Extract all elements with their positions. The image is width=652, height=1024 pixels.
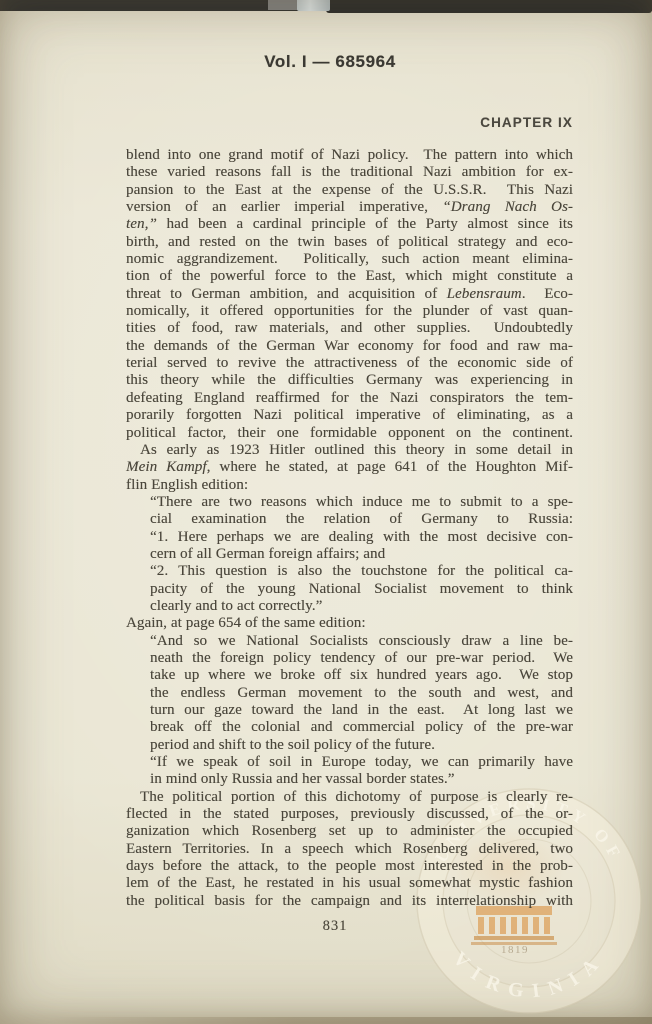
rotunda-icon [471,906,557,945]
text-line: the political basis for the campaign and… [126,893,573,910]
text-line: cern of all German foreign affairs; and [150,546,573,563]
scan-top-edge [0,0,652,11]
text-line: threat to German ambition, and acquisiti… [126,286,573,303]
text-line: blend into one grand motif of Nazi polic… [126,147,573,164]
text-line: this theory while the difficulties Germa… [126,372,573,389]
text-line: political factor, their one formidable o… [126,425,573,442]
text-line: nomic aggrandizement. Politically, such … [126,251,573,268]
volume-header: Vol. I — 685964 [160,52,500,72]
scanned-book-page: Vol. I — 685964 CHAPTER IX UNIVERSITY OF… [0,0,652,1024]
text-line: neath the foreign policy tendency of our… [150,650,573,667]
text-line: pansion to the East at the expense of th… [126,182,573,199]
text-line: the demands of the German War economy fo… [126,338,573,355]
text-line: pacity of the young National Socialist m… [150,581,573,598]
text-line: cial examination the relation of Germany… [150,511,573,528]
body-text: blend into one grand motif of Nazi polic… [126,147,573,910]
text-line: porarily forgotten Nazi political impera… [126,407,573,424]
text-line: lem of the East, he restated in his usua… [126,875,573,892]
scan-bottom-edge [0,1017,652,1024]
text-line: turn our gaze toward the land in the eas… [150,702,573,719]
text-line: “If we speak of soil in Europe today, we… [150,754,573,771]
text-line: flin English edition: [126,477,573,494]
text-line: break off the colonial and commercial po… [150,719,573,736]
text-line: period and shift to the soil policy of t… [150,737,573,754]
text-line: birth, and rested on the twin bases of p… [126,234,573,251]
binding-mark [268,0,298,10]
text-line: in mind only Russia and her vassal borde… [150,771,573,788]
text-line: Again, at page 654 of the same edition: [126,615,573,632]
seal-year: 1819 [501,944,529,956]
book-tab [297,0,330,11]
text-line: “2. This question is also the touchstone… [150,563,573,580]
text-line: Mein Kampf, where he stated, at page 641… [126,459,573,476]
text-line: days before the attack, to the people mo… [126,858,573,875]
text-line: clearly and to act correctly.” [150,598,573,615]
page-number: 831 [300,918,370,935]
text-line: “1. Here perhaps we are dealing with the… [150,529,573,546]
text-line: the endless German movement to the south… [150,685,573,702]
text-line: ganization which Rosenberg set up to adm… [126,823,573,840]
text-line: “And so we National Socialists conscious… [150,633,573,650]
text-line: Eastern Territories. In a speech which R… [126,841,573,858]
text-line: “There are two reasons which induce me t… [150,494,573,511]
text-line: flected in the stated purposes, previous… [126,806,573,823]
text-line: tion of the powerful force to the East, … [126,268,573,285]
text-line: As early as 1923 Hitler outlined this th… [126,442,573,459]
text-line: tities of food, raw materials, and other… [126,320,573,337]
text-line: The political portion of this dichotomy … [126,789,573,806]
text-line: nomically, it offered opportunities for … [126,303,573,320]
chapter-heading: CHAPTER IX [480,115,573,130]
text-line: version of an earlier imperial imperativ… [126,199,573,216]
text-line: defeating England reaffirmed for the Naz… [126,390,573,407]
scan-top-edge-right [326,0,652,13]
text-line: these varied reasons fall is the traditi… [126,164,573,181]
text-line: terial served to revive the attractivene… [126,355,573,372]
text-line: take up where we broke off six hundred y… [150,667,573,684]
text-line: ten,” had been a cardinal principle of t… [126,216,573,233]
